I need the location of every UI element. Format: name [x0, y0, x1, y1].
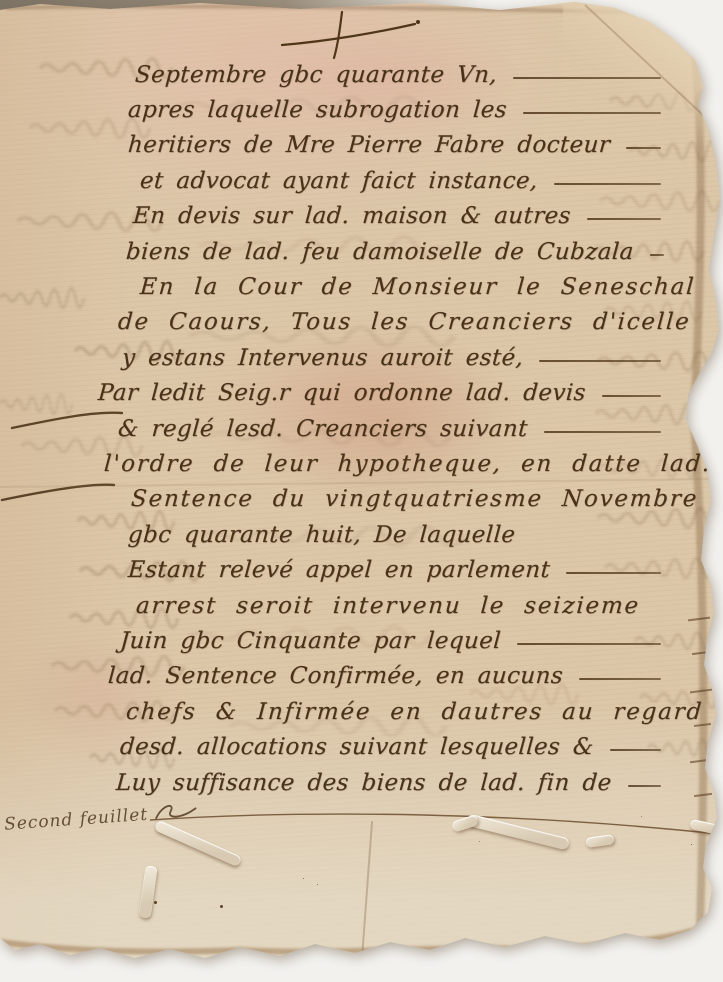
- manuscript-line: En la Cour de Monsieur le Seneschal: [140, 269, 665, 304]
- line-filler-dash: [579, 678, 661, 680]
- manuscript-line: & reglé lesd. Creanciers suivant: [118, 411, 665, 446]
- line-filler-dash: [517, 643, 661, 645]
- manuscript-text: Septembre gbc quarante Vn, apres laquell…: [0, 57, 723, 800]
- line-filler-dash: [544, 431, 661, 433]
- manuscript-line: gbc quarante huit, De laquelle: [128, 517, 665, 552]
- manuscript-line: l'ordre de leur hypotheque, en datte lad…: [104, 446, 665, 481]
- manuscript-line: Septembre gbc quarante Vn,: [135, 57, 665, 92]
- line-filler-dash: [539, 360, 661, 362]
- cross-mark-icon: [282, 12, 420, 58]
- photo-background: Septembre gbc quarante Vn, apres laquell…: [0, 0, 723, 982]
- manuscript-line: et advocat ayant faict instance,: [140, 163, 665, 198]
- line-filler-dash: [626, 147, 661, 149]
- line-filler-dash: [566, 572, 661, 574]
- manuscript-line: Sentence du vingtquatriesme Novembre: [131, 482, 665, 517]
- manuscript-line: arrest seroit intervenu le seizieme: [136, 588, 665, 623]
- line-filler-dash: [650, 254, 664, 256]
- line-filler-dash: [628, 785, 661, 787]
- line-filler-dash: [610, 749, 661, 751]
- manuscript-line: y estans Intervenus auroit esté,: [122, 340, 665, 375]
- line-filler-dash: [602, 395, 661, 397]
- manuscript-line: apres laquelle subrogation les: [128, 92, 665, 127]
- manuscript-line: Par ledit Seig.r qui ordonne lad. devis: [98, 376, 665, 411]
- manuscript-line: biens de lad. feu damoiselle de Cubzala: [126, 234, 665, 269]
- line-filler-dash: [587, 218, 661, 220]
- manuscript-line: desd. allocations suivant lesquelles &: [120, 729, 665, 764]
- manuscript-line: Luy suffisance des biens de lad. fin de: [116, 765, 665, 800]
- ink-rule-line: [150, 814, 719, 834]
- manuscript-line: Estant relevé appel en parlement: [128, 552, 665, 587]
- ink-specks: [220, 905, 223, 908]
- manuscript-line: de Caours, Tous les Creanciers d'icelle: [118, 305, 665, 340]
- manuscript-paper: Septembre gbc quarante Vn, apres laquell…: [0, 0, 723, 982]
- line-filler-dash: [523, 112, 661, 114]
- line-filler-dash: [513, 77, 661, 79]
- manuscript-line: chefs & Infirmée en dautres au regard: [126, 694, 665, 729]
- manuscript-line: lad. Sentence Confirmée, en aucuns: [108, 659, 665, 694]
- manuscript-line: En devis sur lad. maison & autres: [133, 199, 665, 234]
- line-filler-dash: [554, 183, 661, 185]
- manuscript-line: Juin gbc Cinquante par lequel: [120, 623, 665, 658]
- manuscript-line: heritiers de Mre Pierre Fabre docteur: [128, 128, 665, 163]
